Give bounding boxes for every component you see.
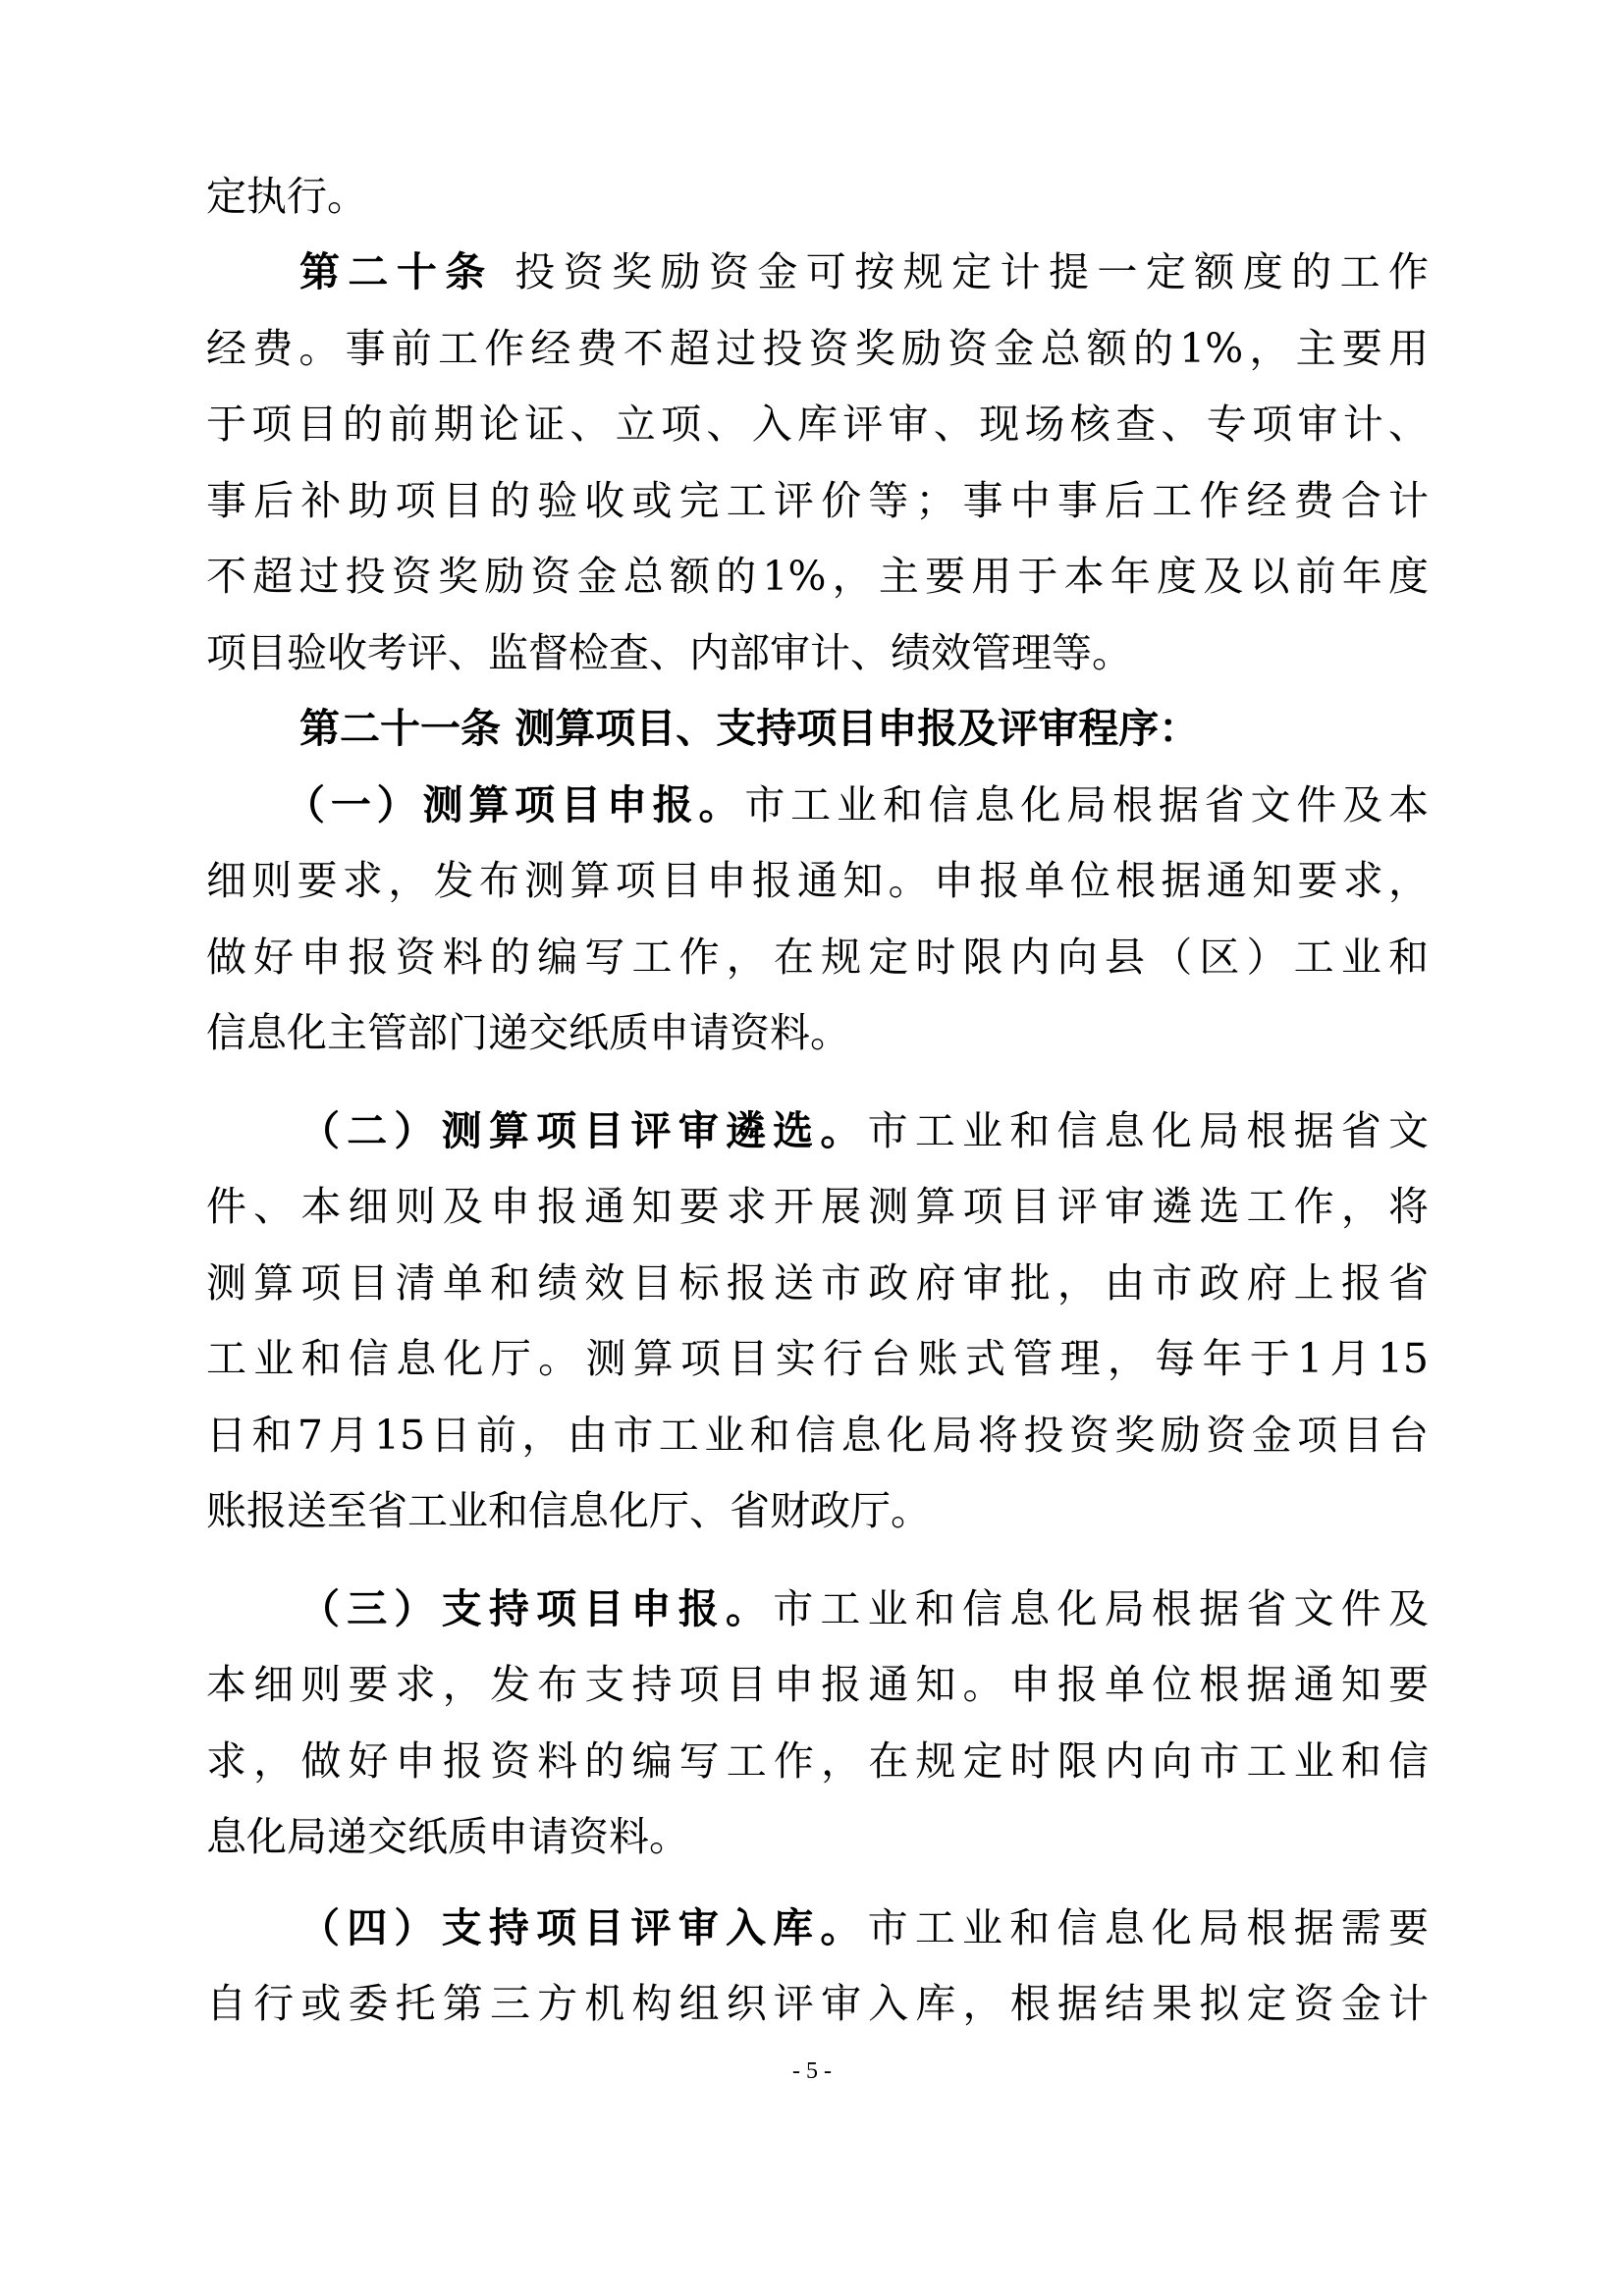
paragraph-line: 账报送至省工业和信息化厅、省财政厅。 [206, 1481, 1429, 1540]
line-text: 市工业和信息化局根据省文 [868, 1107, 1429, 1154]
section-4-heading-line: （四）支持项目评审入库。市工业和信息化局根据需要 [299, 1898, 1429, 1957]
line-text: 求，做好申报资料的编写工作，在规定时限内向市工业和信 [206, 1737, 1429, 1785]
paragraph-line: 于项目的前期论证、立项、入库评审、现场核查、专项审计、 [206, 395, 1429, 454]
paragraph-line: 测算项目清单和绩效目标报送市政府审批，由市政府上报省 [206, 1254, 1429, 1312]
paragraph-line: 工业和信息化厅。测算项目实行台账式管理，每年于1月15 [206, 1329, 1429, 1388]
line-text: 账报送至省工业和信息化厅、省财政厅。 [206, 1487, 931, 1534]
section-2-heading-line: （二）测算项目评审遴选。市工业和信息化局根据省文 [299, 1101, 1429, 1160]
article-21-heading-line: 第二十一条 测算项目、支持项目申报及评审程序： [299, 699, 1429, 758]
line-text: 事后补助项目的验收或完工评价等；事中事后工作经费合计 [206, 477, 1429, 524]
line-text: 经费。事前工作经费不超过投资奖励资金总额的1%，主要用 [206, 325, 1429, 372]
line-text: 不超过投资奖励资金总额的1%，主要用于本年度及以前年度 [206, 553, 1429, 600]
line-text: 工业和信息化厅。测算项目实行台账式管理，每年于1月15 [206, 1335, 1429, 1382]
line-text: 投资奖励资金可按规定计提一定额度的工作 [494, 248, 1429, 295]
line-text: 定执行。 [206, 173, 367, 220]
section-4-label: （四）支持项目评审入库。 [299, 1904, 868, 1951]
line-text: 市工业和信息化局根据省文件及本 [744, 781, 1429, 828]
paragraph-line: 息化局递交纸质申请资料。 [206, 1807, 1429, 1866]
section-3-label: （三）支持项目申报。 [299, 1585, 773, 1632]
section-3-heading-line: （三）支持项目申报。市工业和信息化局根据省文件及 [299, 1579, 1429, 1638]
line-text: 件、本细则及申报通知要求开展测算项目评审遴选工作，将 [206, 1183, 1429, 1230]
line-text: 日和7月15日前，由市工业和信息化局将投资奖励资金项目台 [206, 1412, 1429, 1459]
line-text: 做好申报资料的编写工作，在规定时限内向县（区）工业和 [206, 934, 1429, 981]
line-text: 项目验收考评、监督检查、内部审计、绩效管理等。 [206, 629, 1132, 676]
page-number: - 5 - [0, 2056, 1624, 2086]
line-text: 市工业和信息化局根据省文件及 [773, 1585, 1429, 1632]
line-text: 细则要求，发布测算项目申报通知。申报单位根据通知要求， [206, 857, 1429, 904]
paragraph-line: 细则要求，发布测算项目申报通知。申报单位根据通知要求， [206, 851, 1429, 910]
paragraph-line: 经费。事前工作经费不超过投资奖励资金总额的1%，主要用 [206, 319, 1429, 378]
line-text: 息化局递交纸质申请资料。 [206, 1813, 689, 1860]
paragraph-line: 做好申报资料的编写工作，在规定时限内向县（区）工业和 [206, 928, 1429, 987]
paragraph-line: 求，做好申报资料的编写工作，在规定时限内向市工业和信 [206, 1732, 1429, 1790]
paragraph-line: 自行或委托第三方机构组织评审入库，根据结果拟定资金计 [206, 1974, 1429, 2033]
article-21-heading: 第二十一条 测算项目、支持项目申报及评审程序： [299, 705, 1199, 752]
paragraph-line: 本细则要求，发布支持项目申报通知。申报单位根据通知要 [206, 1655, 1429, 1714]
paragraph-line: 项目验收考评、监督检查、内部审计、绩效管理等。 [206, 623, 1429, 682]
paragraph-line: 信息化主管部门递交纸质申请资料。 [206, 1003, 1429, 1062]
article-20-label: 第二十条 [299, 248, 494, 295]
section-1-label: （一）测算项目申报。 [285, 781, 744, 828]
line-text: 于项目的前期论证、立项、入库评审、现场核查、专项审计、 [206, 400, 1429, 448]
document-page: 定执行。 第二十条 投资奖励资金可按规定计提一定额度的工作 经费。事前工作经费不… [0, 0, 1624, 2296]
line-text: 测算项目清单和绩效目标报送市政府审批，由市政府上报省 [206, 1259, 1429, 1307]
paragraph-line: 日和7月15日前，由市工业和信息化局将投资奖励资金项目台 [206, 1406, 1429, 1465]
line-text: 信息化主管部门递交纸质申请资料。 [206, 1009, 850, 1056]
section-1-heading-line: （一）测算项目申报。市工业和信息化局根据省文件及本 [285, 775, 1429, 834]
paragraph-line: 定执行。 [206, 167, 1429, 226]
section-2-label: （二）测算项目评审遴选。 [299, 1107, 868, 1154]
paragraph-line: 件、本细则及申报通知要求开展测算项目评审遴选工作，将 [206, 1177, 1429, 1236]
line-text: 自行或委托第三方机构组织评审入库，根据结果拟定资金计 [206, 1980, 1429, 2027]
line-text: 市工业和信息化局根据需要 [868, 1904, 1429, 1951]
paragraph-line: 不超过投资奖励资金总额的1%，主要用于本年度及以前年度 [206, 547, 1429, 606]
article-20-heading-line: 第二十条 投资奖励资金可按规定计提一定额度的工作 [299, 242, 1429, 301]
paragraph-line: 事后补助项目的验收或完工评价等；事中事后工作经费合计 [206, 471, 1429, 530]
line-text: 本细则要求，发布支持项目申报通知。申报单位根据通知要 [206, 1661, 1429, 1708]
